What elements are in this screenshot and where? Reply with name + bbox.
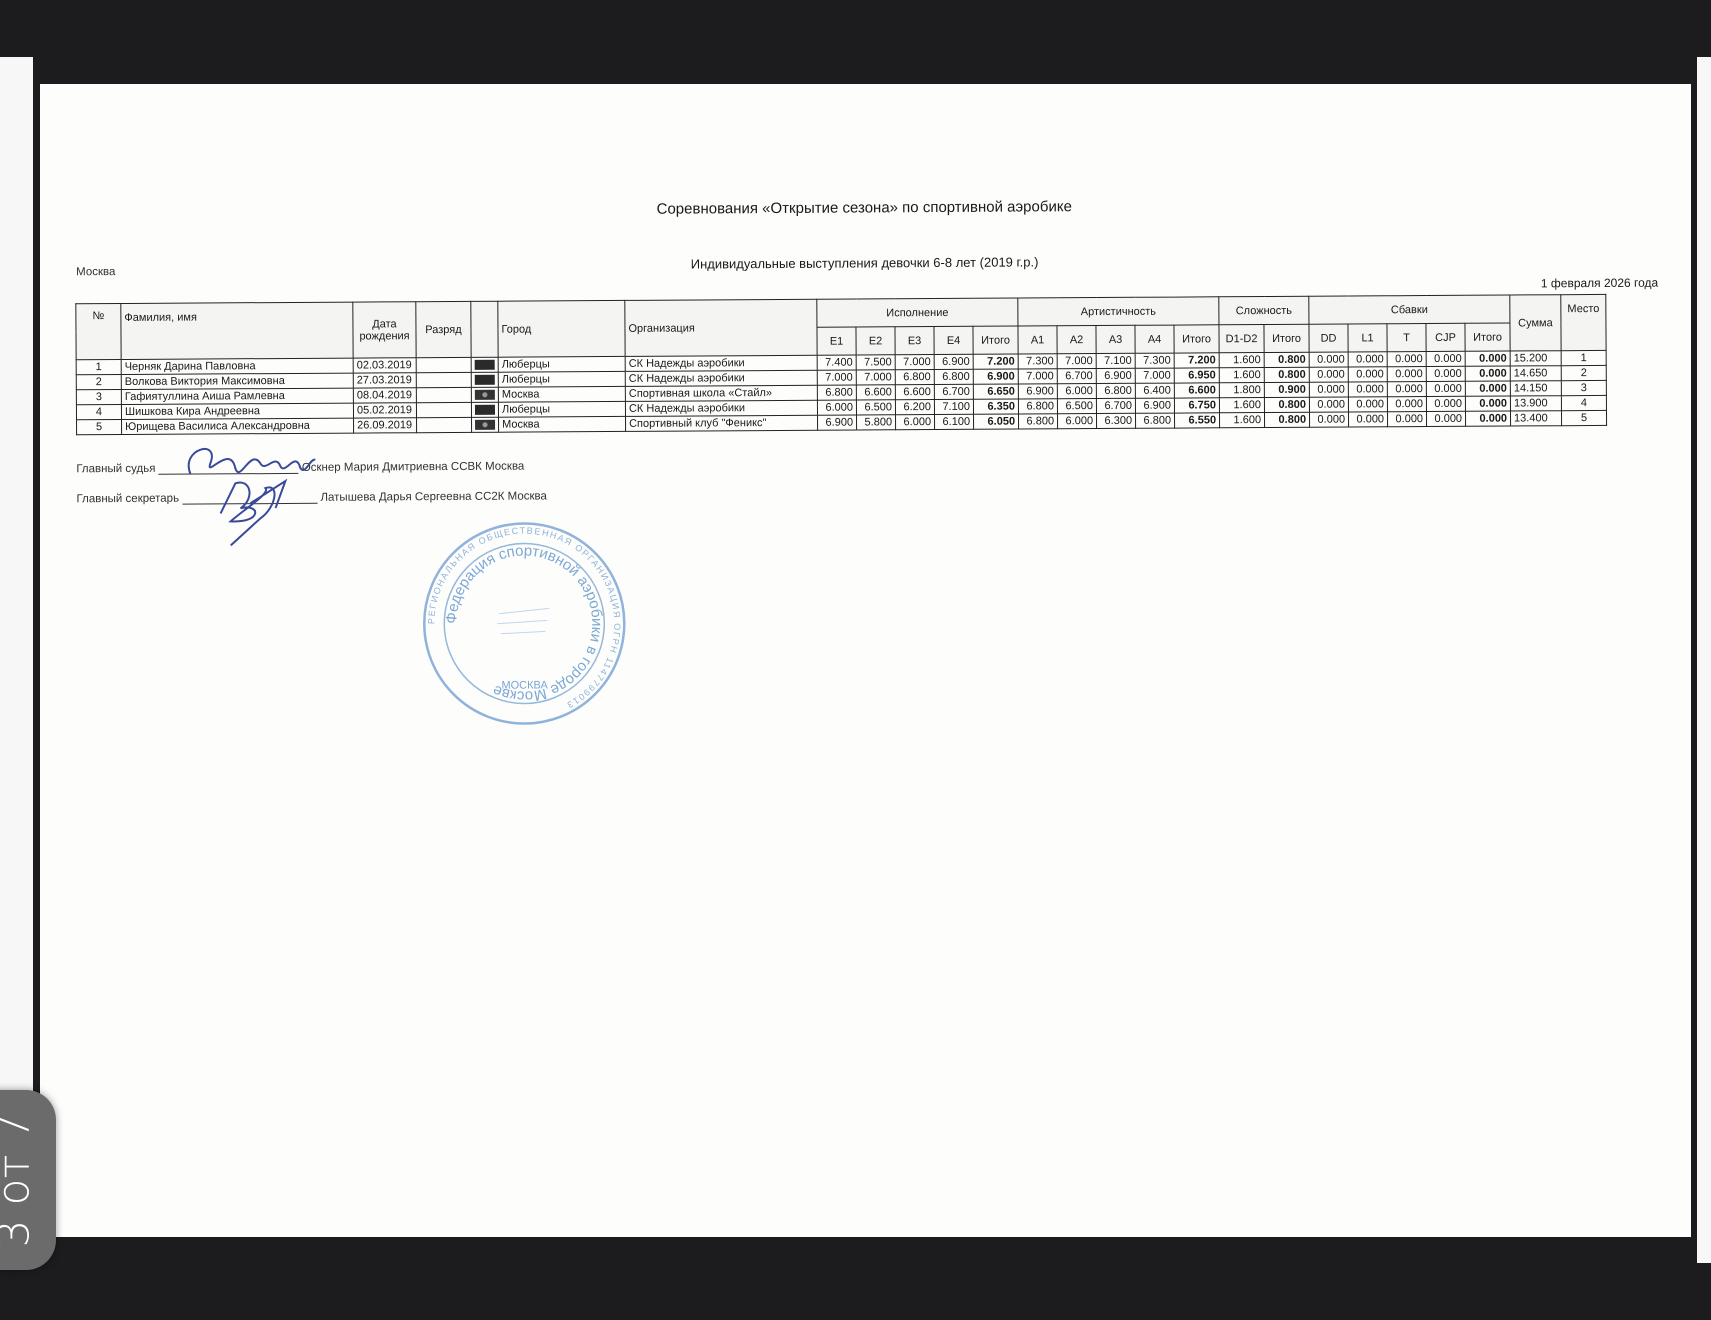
organization: Спортивный клуб "Феникс" xyxy=(626,415,818,431)
score-cell: 6.800 xyxy=(1135,413,1174,428)
score-cell: 6.600 xyxy=(1174,383,1219,398)
subheader-cell: T xyxy=(1387,324,1426,352)
city: Москва xyxy=(498,386,625,402)
subheader-cell: E4 xyxy=(934,326,973,354)
header-place: Место xyxy=(1561,294,1606,350)
page-indicator-text: 3 от 7 xyxy=(0,1112,40,1247)
place: 1 xyxy=(1561,350,1606,365)
chief-secretary-row: Главный секретарь Латышева Дарья Сергеев… xyxy=(76,490,546,505)
birth-date: 27.03.2019 xyxy=(353,373,416,388)
rank xyxy=(416,402,471,417)
subheader-cell: D1-D2 xyxy=(1219,325,1264,353)
score-cell: 6.700 xyxy=(1096,398,1135,413)
score-cell: 0.000 xyxy=(1309,382,1348,397)
birth-date: 26.09.2019 xyxy=(354,418,417,433)
subheader-cell: E3 xyxy=(895,327,934,355)
score-cell: 0.000 xyxy=(1426,351,1465,366)
score-cell: 1.600 xyxy=(1219,398,1264,413)
score-cell: 6.000 xyxy=(1058,414,1097,429)
score-cell: 0.800 xyxy=(1264,397,1309,412)
score-cell: 0.800 xyxy=(1264,412,1309,427)
header-difficulty: Сложность xyxy=(1219,296,1309,325)
header-flag xyxy=(471,301,498,357)
subheader-cell: Итого xyxy=(1174,325,1219,353)
score-cell: 1.600 xyxy=(1219,413,1264,428)
score-cell: 6.100 xyxy=(935,414,974,429)
score-cell: 0.000 xyxy=(1348,412,1387,427)
document-subtitle: Индивидуальные выступления девочки 6-8 л… xyxy=(40,250,1690,275)
score-cell: 0.000 xyxy=(1465,366,1510,381)
score-cell: 0.000 xyxy=(1348,367,1387,382)
rank xyxy=(417,417,472,432)
score-cell: 0.000 xyxy=(1387,367,1426,382)
score-cell: 6.800 xyxy=(895,370,934,385)
score-cell: 6.700 xyxy=(934,384,973,399)
lyubertsy-flag-icon xyxy=(475,360,495,370)
score-cell: 1.600 xyxy=(1219,353,1264,368)
score-cell: 6.800 xyxy=(1018,399,1057,414)
score-cell: 6.800 xyxy=(934,369,973,384)
place: 2 xyxy=(1561,365,1606,380)
total-sum: 13.400 xyxy=(1510,411,1561,426)
subheader-cell: DD xyxy=(1309,324,1348,352)
header-execution: Исполнение xyxy=(817,298,1018,327)
score-cell: 0.000 xyxy=(1309,367,1348,382)
score-cell: 0.000 xyxy=(1387,352,1426,367)
city-flag-cell xyxy=(471,357,498,372)
score-cell: 6.350 xyxy=(973,399,1018,414)
score-cell: 7.000 xyxy=(895,355,934,370)
row-number: 1 xyxy=(76,360,121,375)
document-page: Соревнования «Открытие сезона» по спорти… xyxy=(40,84,1691,1237)
city-flag-cell xyxy=(471,372,498,387)
organization: СК Надежды аэробики xyxy=(625,355,817,371)
city-flag-cell xyxy=(472,417,499,432)
document-date: 1 февраля 2026 года xyxy=(1541,276,1658,291)
score-cell: 0.000 xyxy=(1348,352,1387,367)
rank xyxy=(416,372,471,387)
score-cell: 6.900 xyxy=(1096,368,1135,383)
score-cell: 6.500 xyxy=(856,400,895,415)
moscow-flag-icon xyxy=(475,390,495,400)
previous-page-edge[interactable] xyxy=(0,57,33,1263)
score-cell: 7.300 xyxy=(1018,354,1057,369)
page-indicator: 3 от 7 xyxy=(0,1090,56,1270)
score-cell: 7.400 xyxy=(817,355,856,370)
score-cell: 6.300 xyxy=(1097,413,1136,428)
organization: Спортивная школа «Стайл» xyxy=(625,385,817,401)
score-cell: 5.800 xyxy=(857,415,896,430)
subheader-cell: A1 xyxy=(1018,326,1057,354)
score-cell: 6.400 xyxy=(1135,383,1174,398)
subheader-cell: Итого xyxy=(973,326,1018,354)
score-cell: 0.000 xyxy=(1465,351,1510,366)
score-cell: 6.600 xyxy=(895,385,934,400)
score-cell: 0.000 xyxy=(1387,397,1426,412)
score-cell: 0.000 xyxy=(1309,352,1348,367)
subheader-cell: A3 xyxy=(1096,325,1135,353)
city-flag-cell xyxy=(471,402,498,417)
subheader-cell: A4 xyxy=(1135,325,1174,353)
rank xyxy=(416,357,471,372)
score-cell: 0.000 xyxy=(1465,396,1510,411)
score-cell: 6.900 xyxy=(818,415,857,430)
subheader-cell: E1 xyxy=(817,327,856,355)
subheader-cell: CJP xyxy=(1426,323,1465,351)
moscow-flag-icon xyxy=(475,420,495,430)
score-cell: 0.000 xyxy=(1465,381,1510,396)
score-cell: 7.000 xyxy=(856,370,895,385)
rank xyxy=(416,387,471,402)
score-cell: 0.000 xyxy=(1426,366,1465,381)
score-cell: 7.000 xyxy=(1057,354,1096,369)
header-deductions: Сбавки xyxy=(1309,295,1510,324)
score-cell: 7.200 xyxy=(973,354,1018,369)
place: 4 xyxy=(1561,395,1606,410)
score-cell: 6.800 xyxy=(1019,414,1058,429)
subheader-cell: Итого xyxy=(1264,324,1309,352)
header-city: Город xyxy=(498,300,625,357)
score-cell: 6.750 xyxy=(1174,398,1219,413)
score-cell: 6.900 xyxy=(934,354,973,369)
score-cell: 0.800 xyxy=(1264,352,1309,367)
score-cell: 0.000 xyxy=(1309,412,1348,427)
score-cell: 6.200 xyxy=(895,400,934,415)
document-content: Соревнования «Открытие сезона» по спорти… xyxy=(40,84,1691,1237)
results-body: 1Черняк Дарина Павловна02.03.2019Люберцы… xyxy=(76,350,1606,434)
score-cell: 7.300 xyxy=(1135,353,1174,368)
header-rank: Разряд xyxy=(416,301,471,357)
score-cell: 6.800 xyxy=(817,385,856,400)
chief-secretary-name: Латышева Дарья Сергеевна СС2К Москва xyxy=(320,490,547,503)
city: Люберцы xyxy=(498,401,625,417)
score-cell: 0.800 xyxy=(1264,367,1309,382)
birth-date: 08.04.2019 xyxy=(353,388,416,403)
score-cell: 0.000 xyxy=(1348,382,1387,397)
subheader-cell: A2 xyxy=(1057,326,1096,354)
next-page-edge[interactable] xyxy=(1697,57,1711,1263)
score-cell: 0.900 xyxy=(1264,382,1309,397)
score-cell: 6.900 xyxy=(973,369,1018,384)
row-number: 2 xyxy=(76,375,121,390)
athlete-name: Гафиятуллина Аиша Рамлевна xyxy=(121,388,353,404)
header-artistry: Артистичность xyxy=(1018,297,1219,326)
score-cell: 6.000 xyxy=(896,415,935,430)
score-cell: 0.000 xyxy=(1465,411,1510,426)
score-cell: 6.950 xyxy=(1174,368,1219,383)
document-title: Соревнования «Открытие сезона» по спорти… xyxy=(40,194,1690,221)
lyubertsy-flag-icon xyxy=(475,375,495,385)
score-cell: 0.000 xyxy=(1387,382,1426,397)
score-cell: 0.000 xyxy=(1348,397,1387,412)
total-sum: 14.650 xyxy=(1510,366,1561,381)
header-sum: Сумма xyxy=(1510,295,1561,351)
subheader-cell: L1 xyxy=(1348,324,1387,352)
score-cell: 6.650 xyxy=(973,384,1018,399)
row-number: 4 xyxy=(76,405,121,420)
stamp-bottom-text: МОСКВА xyxy=(501,679,548,691)
organization: СК Надежды аэробики xyxy=(625,400,817,416)
city: Люберцы xyxy=(498,356,625,372)
score-cell: 7.000 xyxy=(817,370,856,385)
city: Люберцы xyxy=(498,371,625,387)
score-cell: 0.000 xyxy=(1309,397,1348,412)
lyubertsy-flag-icon xyxy=(475,405,495,415)
score-cell: 6.550 xyxy=(1174,413,1219,428)
organization: СК Надежды аэробики xyxy=(625,370,817,386)
score-cell: 6.600 xyxy=(856,385,895,400)
athlete-name: Шишкова Кира Андреевна xyxy=(121,403,353,419)
score-cell: 0.000 xyxy=(1387,412,1426,427)
score-cell: 6.900 xyxy=(1135,398,1174,413)
secretary-signature-icon xyxy=(190,473,300,549)
chief-judge-label: Главный судья xyxy=(76,463,155,475)
header-name: Фамилия, имя xyxy=(121,302,353,359)
score-cell: 6.050 xyxy=(974,414,1019,429)
score-cell: 7.500 xyxy=(856,355,895,370)
score-cell: 6.700 xyxy=(1057,369,1096,384)
score-cell: 7.000 xyxy=(1135,368,1174,383)
score-cell: 6.000 xyxy=(1057,384,1096,399)
score-cell: 0.000 xyxy=(1426,381,1465,396)
score-cell: 7.100 xyxy=(934,399,973,414)
athlete-name: Юрищева Василиса Александровна xyxy=(122,418,354,434)
chief-secretary-label: Главный секретарь xyxy=(76,493,179,506)
score-cell: 6.500 xyxy=(1057,399,1096,414)
chief-judge-name: Оскнер Мария Дмитриевна ССВК Москва xyxy=(302,461,525,474)
score-cell: 7.200 xyxy=(1174,353,1219,368)
header-org: Организация xyxy=(625,299,817,356)
score-cell: 7.100 xyxy=(1096,353,1135,368)
header-birth: Дата рождения xyxy=(353,302,416,358)
place: 5 xyxy=(1561,410,1606,425)
results-table: № Фамилия, имя Дата рождения Разряд Горо… xyxy=(75,294,1607,435)
score-cell: 6.000 xyxy=(817,400,856,415)
birth-date: 02.03.2019 xyxy=(353,358,416,373)
total-sum: 13.900 xyxy=(1510,396,1561,411)
header-num: № xyxy=(76,304,121,360)
score-cell: 7.000 xyxy=(1018,369,1057,384)
organization-stamp-icon: РЕГИОНАЛЬНАЯ ОБЩЕСТВЕННАЯ ОРГАНИЗАЦИЯ ОГ… xyxy=(419,518,630,729)
city-flag-cell xyxy=(471,387,498,402)
score-cell: 6.800 xyxy=(1096,383,1135,398)
place: 3 xyxy=(1561,380,1606,395)
row-number: 5 xyxy=(77,419,122,434)
city: Москва xyxy=(499,416,626,432)
athlete-name: Черняк Дарина Павловна xyxy=(121,358,353,374)
score-cell: 1.800 xyxy=(1219,383,1264,398)
score-cell: 0.000 xyxy=(1426,396,1465,411)
score-cell: 0.000 xyxy=(1426,411,1465,426)
subheader-cell: E2 xyxy=(856,327,895,355)
score-cell: 6.900 xyxy=(1018,384,1057,399)
subheader-cell: Итого xyxy=(1465,323,1510,351)
athlete-name: Волкова Виктория Максимовна xyxy=(121,373,353,389)
score-cell: 1.600 xyxy=(1219,368,1264,383)
total-sum: 15.200 xyxy=(1510,351,1561,366)
total-sum: 14.150 xyxy=(1510,381,1561,396)
row-number: 3 xyxy=(76,390,121,405)
birth-date: 05.02.2019 xyxy=(353,403,416,418)
